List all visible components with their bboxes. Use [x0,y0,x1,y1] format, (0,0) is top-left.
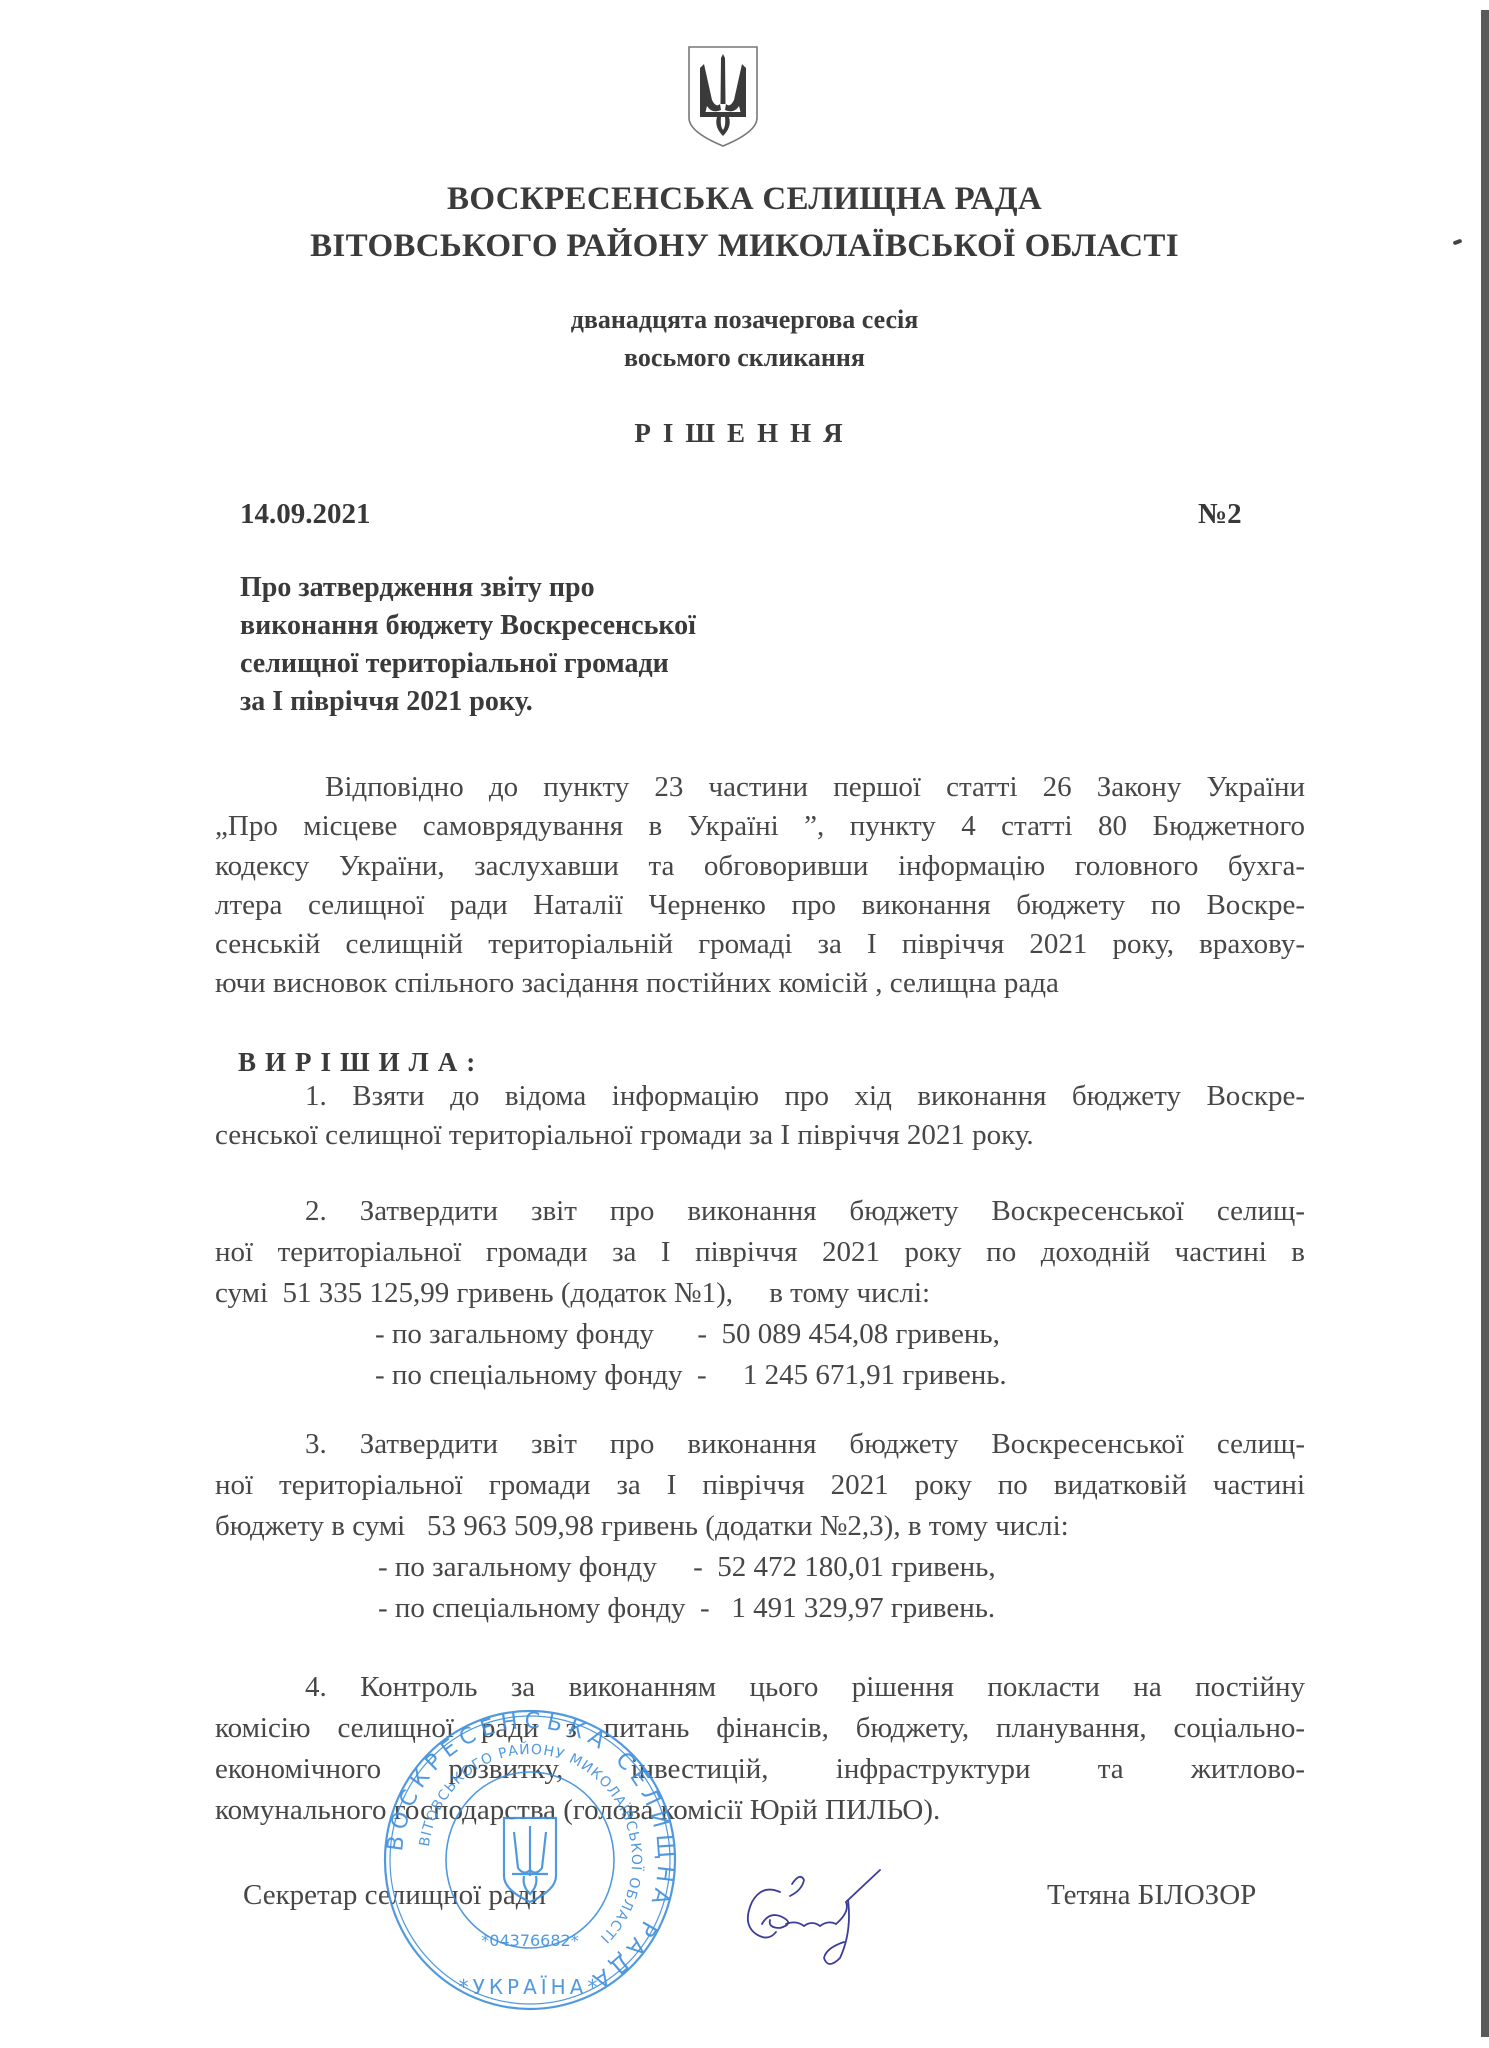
preamble-line: кодексу України, заслухавши та обговорив… [215,850,1305,883]
preamble-line: „Про місцеве самоврядування в Україні ”,… [215,810,1305,843]
subject-line: Про затвердження звіту про [240,572,595,604]
item2-special-fund: - по спеціальному фонду - 1 245 671,91 г… [375,1359,1007,1392]
handwritten-signature [740,1862,890,1972]
stamp-code: *04376682* [481,1931,578,1950]
subject-line: за I півріччя 2021 року. [240,686,533,718]
item3-line: ної територіальної громади за I півріччя… [215,1469,1305,1502]
item4-line: 4. Контроль за виконанням цього рішення … [305,1671,1305,1704]
item3-line: 3. Затвердити звіт про виконання бюджету… [305,1428,1305,1461]
item2-line: сумі 51 335 125,99 гривень (додаток №1),… [215,1277,930,1310]
preamble-line: лтера селищної ради Наталії Черненко про… [215,889,1305,922]
coat-of-arms-icon [686,44,760,148]
subject-line: виконання бюджету Воскресенської [240,610,696,642]
council-name-line2: ВІТОВСЬКОГО РАЙОНУ МИКОЛАЇВСЬКОЇ ОБЛАСТІ [0,228,1489,265]
preamble-line: Відповідно до пункту 23 частини першої с… [325,771,1305,804]
item3-special-fund: - по спеціальному фонду - 1 491 329,97 г… [378,1592,995,1625]
preamble-line: ючи висновок спільного засідання постійн… [215,967,1059,1000]
subject-line: селищної територіальної громади [240,648,669,680]
signatory-name: Тетяна БІЛОЗОР [1047,1879,1256,1912]
document-type-title: РІШЕННЯ [0,418,1489,449]
item4-line: комісію селищної ради з питань фінансів,… [215,1712,1305,1745]
session-line1: дванадцята позачергова сесія [0,305,1489,335]
decided-heading: ВИРІШИЛА: [238,1047,484,1078]
item1-line: сенської селищної територіальної громади… [215,1119,1034,1152]
preamble-line: сенській селищній територіальній громаді… [215,928,1305,961]
item2-line: ної територіальної громади за I півріччя… [215,1236,1305,1269]
item1-line: 1. Взяти до відома інформацію про хід ви… [305,1080,1305,1113]
item2-line: 2. Затвердити звіт про виконання бюджету… [305,1195,1305,1228]
svg-text:ВІТОВСЬКОГО РАЙОНУ МИКОЛАЇВСЬК: ВІТОВСЬКОГО РАЙОНУ МИКОЛАЇВСЬКОЇ ОБЛАСТІ [417,1740,646,1947]
council-name-line1: ВОСКРЕСЕНСЬКА СЕЛИЩНА РАДА [0,181,1489,218]
item4-line: економічного розвитку, інвестицій, інфра… [215,1753,1305,1786]
stamp-country: *УКРАЇНА* [459,1975,602,1999]
session-line2: восьмого скликання [0,343,1489,373]
stamp-coat-of-arms-icon [504,1818,556,1902]
decision-number: №2 [1198,498,1242,531]
item2-general-fund: - по загальному фонду - 50 089 454,08 гр… [375,1318,1000,1351]
decision-date: 14.09.2021 [240,498,371,531]
official-stamp: ВОСКРЕСЕНСЬКА СЕЛИЩНА РАДА ВІТОВСЬКОГО Р… [382,1708,678,2012]
item3-line: бюджету в сумі 53 963 509,98 гривень (до… [215,1510,1069,1543]
item3-general-fund: - по загальному фонду - 52 472 180,01 гр… [378,1551,996,1584]
stamp-inner-text: ВІТОВСЬКОГО РАЙОНУ МИКОЛАЇВСЬКОЇ ОБЛАСТІ [417,1740,646,1947]
